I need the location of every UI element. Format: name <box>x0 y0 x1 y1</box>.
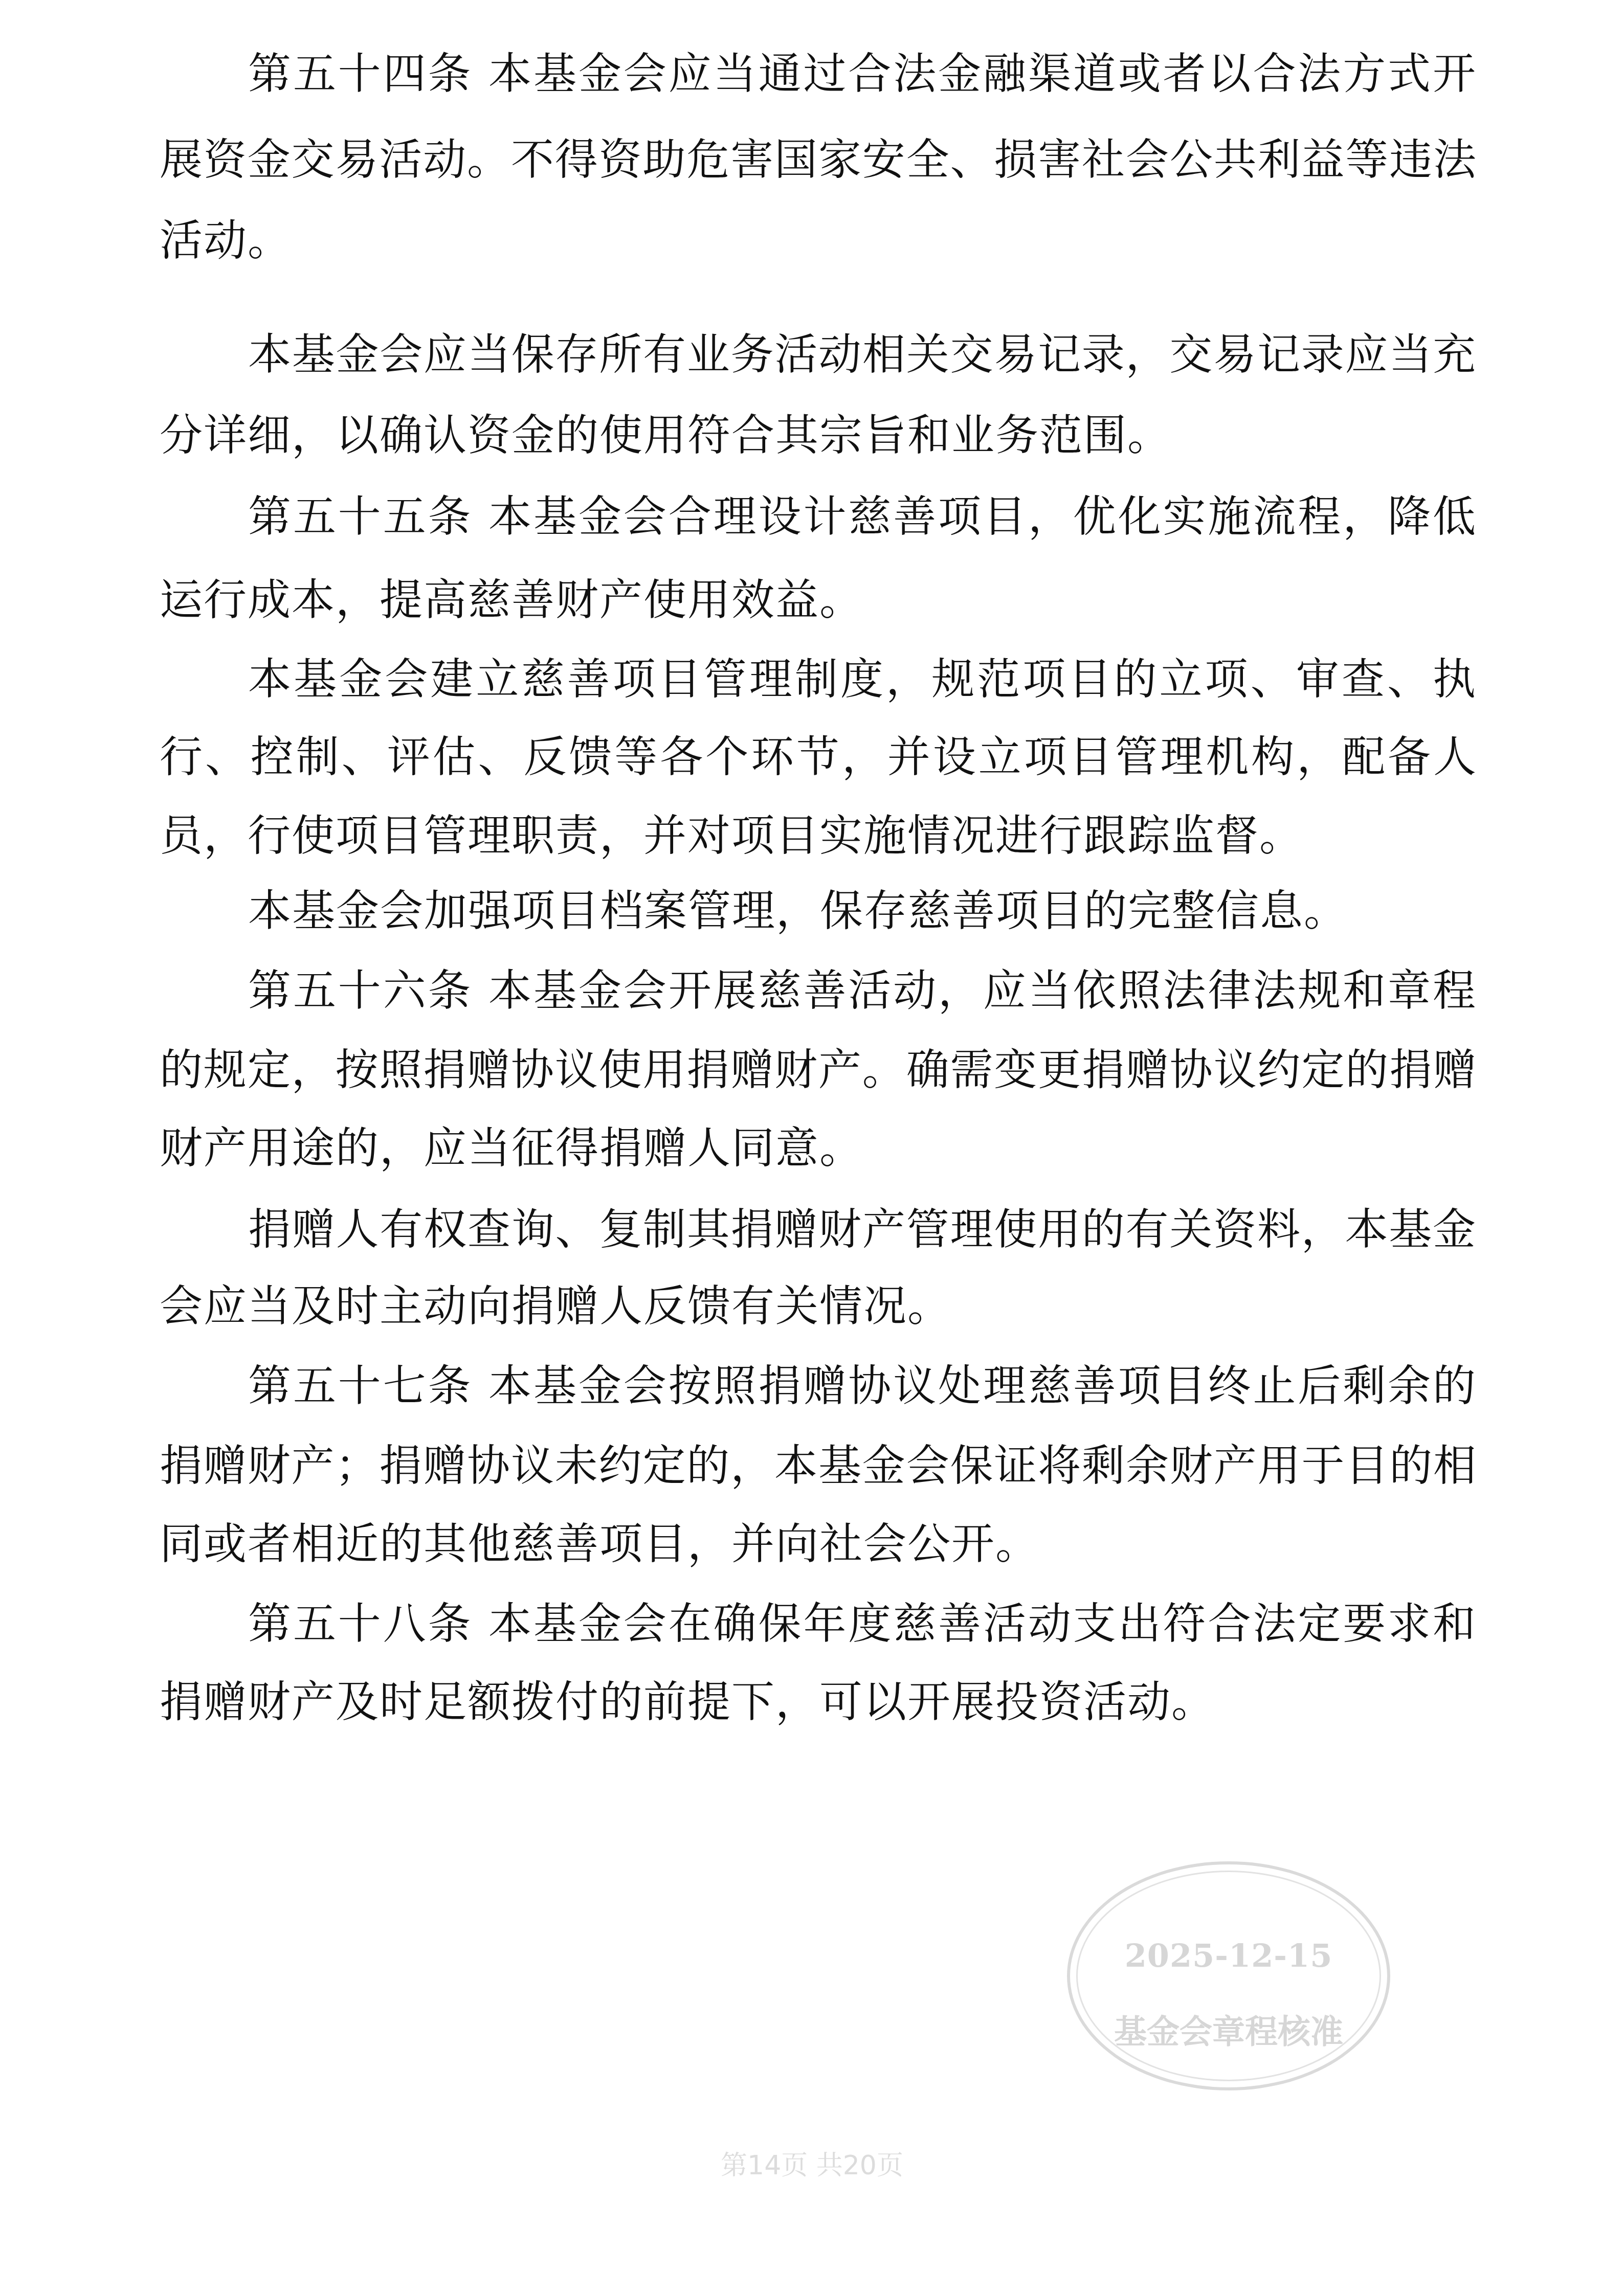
text-line: 行、控制、评估、反馈等各个环节，并设立项目管理机构，配备人 <box>160 729 1476 785</box>
stamp-label: 基金会章程核准 <box>1070 2006 1387 2053</box>
text-line: 活动。 <box>160 212 1476 268</box>
text-line: 展资金交易活动。不得资助危害国家安全、损害社会公共利益等违法 <box>160 131 1476 188</box>
text-line: 分详细，以确认资金的使用符合其宗旨和业务范围。 <box>160 407 1476 463</box>
text-line: 捐赠财产；捐赠协议未约定的，本基金会保证将剩余财产用于目的相 <box>160 1437 1476 1494</box>
approval-stamp: 2025-12-15 基金会章程核准 <box>1067 1861 1390 2090</box>
text-line: 本基金会应当保存所有业务活动相关交易记录，交易记录应当充 <box>248 326 1476 382</box>
text-line: 捐赠财产及时足额拨付的前提下，可以开展投资活动。 <box>160 1674 1476 1730</box>
text-line: 运行成本，提高慈善财产使用效益。 <box>160 572 1476 628</box>
article-56-heading-line: 第五十六条 本基金会开展慈善活动，应当依照法律法规和章程 <box>248 962 1476 1019</box>
text-line: 员，行使项目管理职责，并对项目实施情况进行跟踪监督。 <box>160 807 1476 864</box>
text-line: 的规定，按照捐赠协议使用捐赠财产。确需变更捐赠协议约定的捐赠 <box>160 1042 1476 1098</box>
text-line: 捐赠人有权查询、复制其捐赠财产管理使用的有关资料，本基金 <box>248 1201 1476 1257</box>
page-indicator: 第14页 共20页 <box>0 2144 1624 2182</box>
article-55-heading-line: 第五十五条 本基金会合理设计慈善项目，优化实施流程，降低 <box>248 488 1476 545</box>
article-58-heading-line: 第五十八条 本基金会在确保年度慈善活动支出符合法定要求和 <box>248 1595 1476 1652</box>
text-line: 同或者相近的其他慈善项目，并向社会公开。 <box>160 1516 1476 1572</box>
text-line: 本基金会建立慈善项目管理制度，规范项目的立项、审查、执 <box>248 651 1476 707</box>
text-line: 财产用途的，应当征得捐赠人同意。 <box>160 1120 1476 1176</box>
text-line: 第五十四条 本基金会应当通过合法金融渠道或者以合法方式开 <box>248 46 1476 102</box>
stamp-date: 2025-12-15 <box>1070 1937 1387 1974</box>
document-page: 第五十四条 本基金会应当通过合法金融渠道或者以合法方式开 展资金交易活动。不得资… <box>0 0 1624 2296</box>
article-57-heading-line: 第五十七条 本基金会按照捐赠协议处理慈善项目终止后剩余的 <box>248 1358 1476 1414</box>
text-line: 会应当及时主动向捐赠人反馈有关情况。 <box>160 1278 1476 1334</box>
text-line: 本基金会加强项目档案管理，保存慈善项目的完整信息。 <box>248 883 1476 939</box>
